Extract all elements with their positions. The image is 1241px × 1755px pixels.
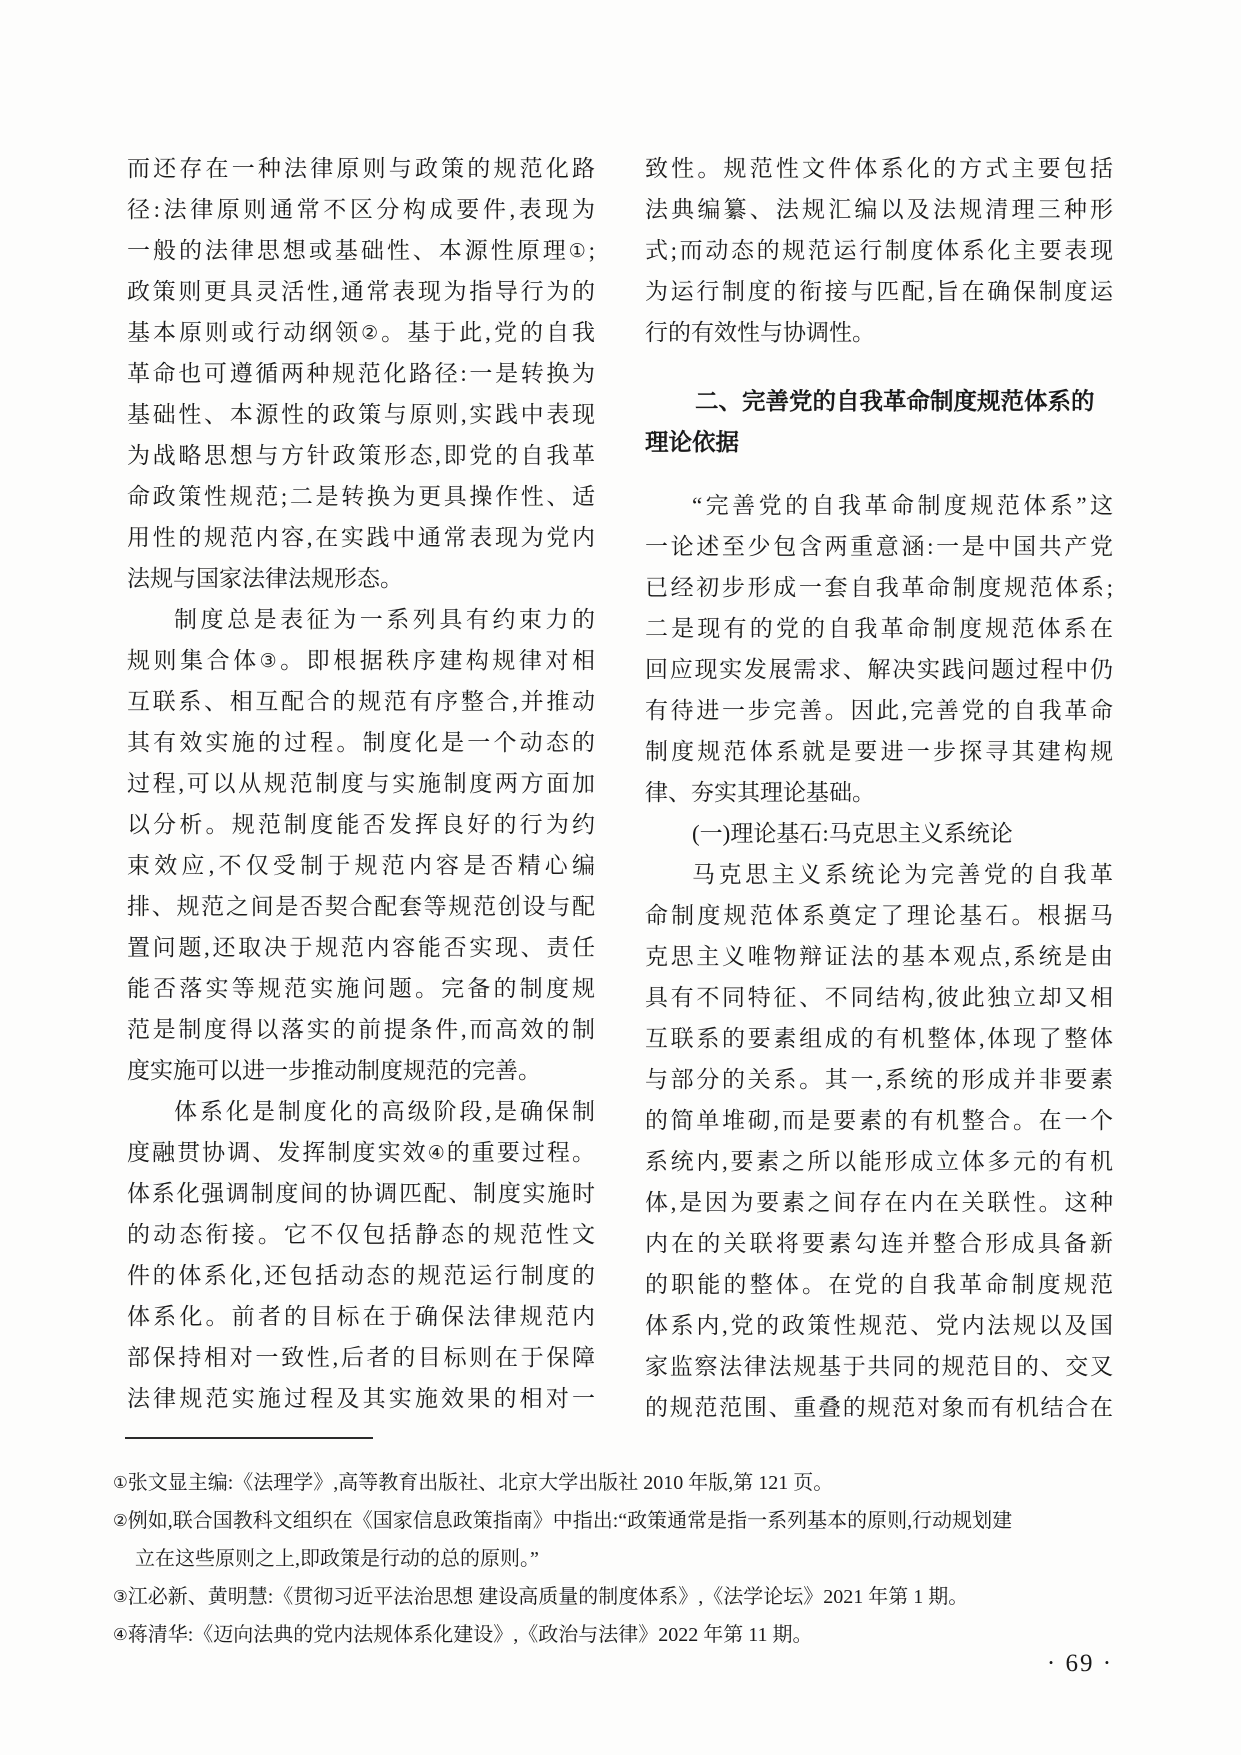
page-number: · 69 · [1020, 1650, 1140, 1678]
text-line: 的动态衔接。它不仅包括静态的规范性文 [127, 1214, 595, 1255]
text-line: 式;而动态的规范运行制度体系化主要表现 [645, 230, 1113, 271]
text-line: 致性。规范性文件体系化的方式主要包括 [645, 148, 1113, 189]
footnote-line: ④蒋清华:《迈向法典的党内法规体系化建设》,《政治与法律》2022 年第 11 … [113, 1616, 1118, 1654]
text-line: 束效应,不仅受制于规范内容是否精心编 [127, 845, 595, 886]
text-line: 律、夯实其理论基础。 [645, 772, 1113, 813]
footnote-ref: ② [361, 323, 381, 344]
footnote-ref: ④ [428, 1143, 447, 1164]
footnote-line: ②例如,联合国教科文组织在《国家信息政策指南》中指出:“政策通常是指一系列基本的… [113, 1502, 1118, 1540]
text-line: 其有效实施的过程。制度化是一个动态的 [127, 722, 595, 763]
footnote-ref: ① [113, 1473, 128, 1492]
two-column-text-block: 而还存在一种法律原则与政策的规范化路径:法律原则通常不区分构成要件,表现为一般的… [127, 148, 1113, 1428]
text-line: 体系化是制度化的高级阶段,是确保制 [127, 1091, 595, 1132]
footnote-line: ①张文显主编:《法理学》,高等教育出版社、北京大学出版社 2010 年版,第 1… [113, 1464, 1118, 1502]
text-line: 行的有效性与协调性。 [645, 312, 1113, 353]
footnote-ref: ① [569, 241, 589, 262]
text-line: 过程,可以从规范制度与实施制度两方面加 [127, 763, 595, 804]
text-line: 径:法律原则通常不区分构成要件,表现为 [127, 189, 595, 230]
text-line: (一)理论基石:马克思主义系统论 [645, 813, 1113, 854]
text-line: 度实施可以进一步推动制度规范的完善。 [127, 1050, 595, 1091]
text-line: 命制度规范体系奠定了理论基石。根据马 [645, 895, 1113, 936]
text-line: 一论述至少包含两重意涵:一是中国共产党 [645, 526, 1113, 567]
footnote-ref: ④ [113, 1625, 128, 1644]
text-line: 马克思主义系统论为完善党的自我革 [645, 854, 1113, 895]
text-line: 系统内,要素之所以能形成立体多元的有机 [645, 1141, 1113, 1182]
text-line: 互联系、相互配合的规范有序整合,并推动 [127, 681, 595, 722]
text-line: 回应现实发展需求、解决实践问题过程中仍 [645, 649, 1113, 690]
text-line: 置问题,还取决于规范内容能否实现、责任 [127, 927, 595, 968]
text-line: 已经初步形成一套自我革命制度规范体系; [645, 567, 1113, 608]
text-line: 而还存在一种法律原则与政策的规范化路 [127, 148, 595, 189]
text-line: 法律规范实施过程及其实施效果的相对一 [127, 1378, 595, 1419]
text-line: 的职能的整体。在党的自我革命制度规范 [645, 1264, 1113, 1305]
page-number-text: · 69 · [1047, 1650, 1113, 1677]
text-line: 法规与国家法律法规形态。 [127, 558, 595, 599]
text-line: 为战略思想与方针政策形态,即党的自我革 [127, 435, 595, 476]
text-line: 体,是因为要素之间存在内在关联性。这种 [645, 1182, 1113, 1223]
footnote-ref: ③ [113, 1587, 128, 1606]
text-line: 家监察法律法规基于共同的规范目的、交叉 [645, 1346, 1113, 1387]
text-line: 能否落实等规范实施问题。完备的制度规 [127, 968, 595, 1009]
text-line: 体系内,党的政策性规范、党内法规以及国 [645, 1305, 1113, 1346]
text-line: 二是现有的党的自我革命制度规范体系在 [645, 608, 1113, 649]
text-line: 体系化。前者的目标在于确保法律规范内 [127, 1296, 595, 1337]
text-line: 内在的关联将要素勾连并整合形成具备新 [645, 1223, 1113, 1264]
text-line: 互联系的要素组成的有机整体,体现了整体 [645, 1018, 1113, 1059]
text-line: 命政策性规范;二是转换为更具操作性、适 [127, 476, 595, 517]
text-line: 度融贯协调、发挥制度实效④的重要过程。 [127, 1132, 595, 1173]
footnote-line: ③江必新、黄明慧:《贯彻习近平法治思想 建设高质量的制度体系》,《法学论坛》20… [113, 1578, 1118, 1616]
text-line: 基础性、本源性的政策与原则,实践中表现 [127, 394, 595, 435]
text-line: 革命也可遵循两种规范化路径:一是转换为 [127, 353, 595, 394]
right-column: 致性。规范性文件体系化的方式主要包括法典编纂、法规汇编以及法规清理三种形式;而动… [645, 148, 1113, 1428]
text-line: 的简单堆砌,而是要素的有机整合。在一个 [645, 1100, 1113, 1141]
text-line: 部保持相对一致性,后者的目标则在于保障 [127, 1337, 595, 1378]
text-line: 制度总是表征为一系列具有约束力的 [127, 599, 595, 640]
text-line: “完善党的自我革命制度规范体系”这 [645, 485, 1113, 526]
text-line: 排、规范之间是否契合配套等规范创设与配 [127, 886, 595, 927]
text-line: 为运行制度的衔接与匹配,旨在确保制度运 [645, 271, 1113, 312]
text-line: 一般的法律思想或基础性、本源性原理①; [127, 230, 595, 271]
text-line: 具有不同特征、不同结构,彼此独立却又相 [645, 977, 1113, 1018]
text-line: 二、完善党的自我革命制度规范体系的 [645, 381, 1113, 422]
text-line: 与部分的关系。其一,系统的形成并非要素 [645, 1059, 1113, 1100]
footnote-ref: ② [113, 1511, 128, 1530]
text-line: 制度规范体系就是要进一步探寻其建构规 [645, 731, 1113, 772]
footnote-line: 立在这些原则之上,即政策是行动的总的原则。” [113, 1540, 1118, 1578]
text-line: 有待进一步完善。因此,完善党的自我革命 [645, 690, 1113, 731]
left-column: 而还存在一种法律原则与政策的规范化路径:法律原则通常不区分构成要件,表现为一般的… [127, 148, 595, 1428]
text-line: 的规范范围、重叠的规范对象而有机结合在 [645, 1387, 1113, 1428]
journal-page: 而还存在一种法律原则与政策的规范化路径:法律原则通常不区分构成要件,表现为一般的… [0, 0, 1241, 1755]
footnotes-section: ①张文显主编:《法理学》,高等教育出版社、北京大学出版社 2010 年版,第 1… [113, 1464, 1118, 1654]
text-line: 理论依据 [645, 422, 1113, 463]
text-line: 克思主义唯物辩证法的基本观点,系统是由 [645, 936, 1113, 977]
footnote-ref: ③ [260, 651, 280, 672]
text-line: 政策则更具灵活性,通常表现为指导行为的 [127, 271, 595, 312]
text-line: 基本原则或行动纲领②。基于此,党的自我 [127, 312, 595, 353]
text-line: 范是制度得以落实的前提条件,而高效的制 [127, 1009, 595, 1050]
text-line: 法典编纂、法规汇编以及法规清理三种形 [645, 189, 1113, 230]
text-line: 件的体系化,还包括动态的规范运行制度的 [127, 1255, 595, 1296]
text-line: 以分析。规范制度能否发挥良好的行为约 [127, 804, 595, 845]
text-line: 用性的规范内容,在实践中通常表现为党内 [127, 517, 595, 558]
text-line: 规则集合体③。即根据秩序建构规律对相 [127, 640, 595, 681]
text-line: 体系化强调制度间的协调匹配、制度实施时 [127, 1173, 595, 1214]
footnote-separator [125, 1437, 373, 1439]
